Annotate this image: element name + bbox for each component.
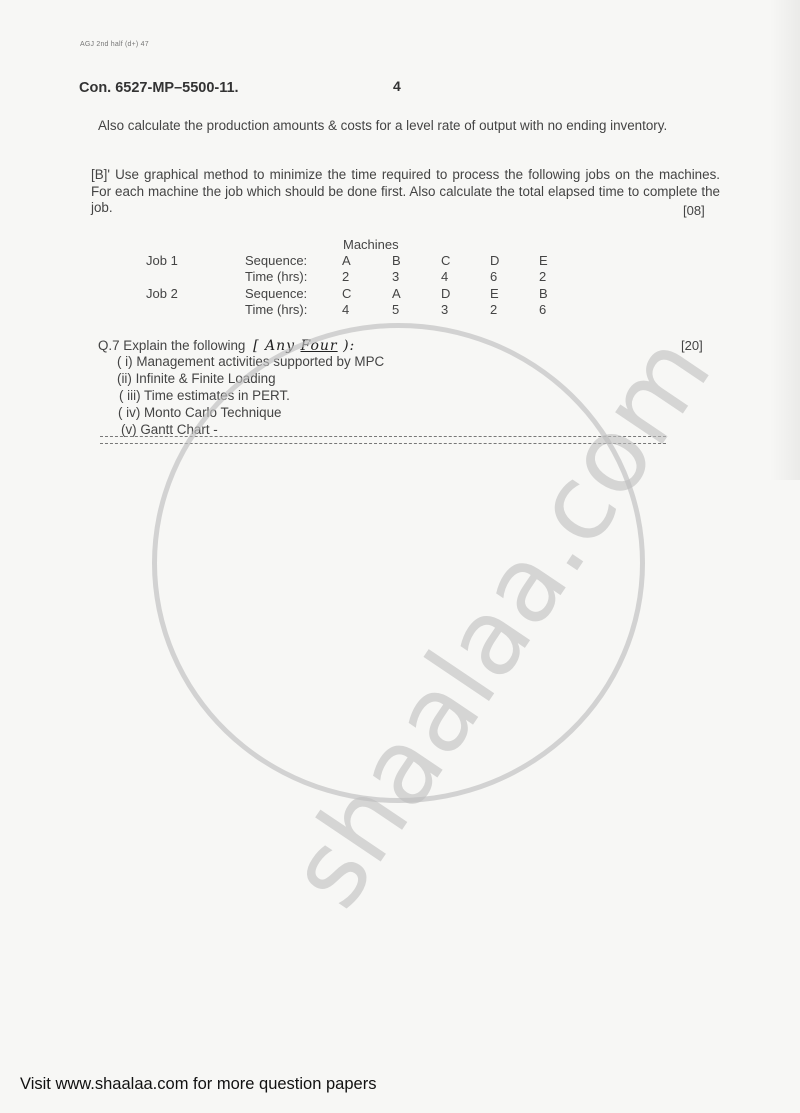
- table-cell: 2: [539, 269, 546, 284]
- q7-item: ( iii) Time estimates in PERT.: [119, 388, 290, 403]
- table-cell: B: [392, 253, 401, 268]
- paper-code: Con. 6527-MP–5500-11.: [79, 80, 239, 96]
- table-cell: 4: [441, 269, 448, 284]
- table-cell: B: [539, 286, 548, 301]
- q7-item: ( iv) Monto Carlo Technique: [118, 405, 282, 420]
- question-7-prompt: Q.7 Explain the following [ Any Four ):: [98, 338, 355, 354]
- footer-text: Visit www.shaalaa.com for more question …: [20, 1075, 376, 1094]
- table-cell: E: [539, 253, 548, 268]
- table-cell: 5: [392, 302, 399, 317]
- watermark-text: shaalaa.com: [265, 314, 735, 929]
- table-cell: 2: [342, 269, 349, 284]
- end-of-paper-divider: [100, 436, 666, 444]
- table-cell: A: [392, 286, 401, 301]
- table-cell: D: [441, 286, 450, 301]
- q7-item: (v) Gantt Chart -: [121, 422, 218, 437]
- table-cell: A: [342, 253, 351, 268]
- q7-item: ( i) Management activities supported by …: [117, 354, 384, 369]
- job-label: Job 2: [146, 286, 178, 301]
- table-cell: 4: [342, 302, 349, 317]
- question-paper-page: AGJ 2nd half (d+) 47 Con. 6527-MP–5500-1…: [0, 0, 800, 1113]
- machines-table-header: Machines: [343, 237, 399, 252]
- scan-shadow: [770, 0, 800, 480]
- table-cell: 2: [490, 302, 497, 317]
- row-label: Sequence:: [245, 253, 307, 268]
- table-cell: 6: [490, 269, 497, 284]
- continuation-text: Also calculate the production amounts & …: [98, 118, 720, 135]
- table-cell: 6: [539, 302, 546, 317]
- question-b-text: [B]' Use graphical method to minimize th…: [91, 167, 720, 217]
- table-cell: 3: [392, 269, 399, 284]
- row-label: Time (hrs):: [245, 269, 307, 284]
- page-number: 4: [393, 78, 401, 94]
- table-cell: E: [490, 286, 499, 301]
- job-label: Job 1: [146, 253, 178, 268]
- table-cell: C: [441, 253, 450, 268]
- table-cell: D: [490, 253, 499, 268]
- table-cell: 3: [441, 302, 448, 317]
- row-label: Time (hrs):: [245, 302, 307, 317]
- question-b-marks: [08]: [683, 203, 705, 218]
- handwritten-note: [ Any Four ):: [253, 338, 355, 354]
- question-7-text: Q.7 Explain the following: [98, 338, 245, 353]
- row-label: Sequence:: [245, 286, 307, 301]
- q7-item: (ii) Infinite & Finite Loading: [117, 371, 276, 386]
- question-7-marks: [20]: [681, 338, 703, 353]
- table-cell: C: [342, 286, 351, 301]
- header-code: AGJ 2nd half (d+) 47: [80, 41, 149, 48]
